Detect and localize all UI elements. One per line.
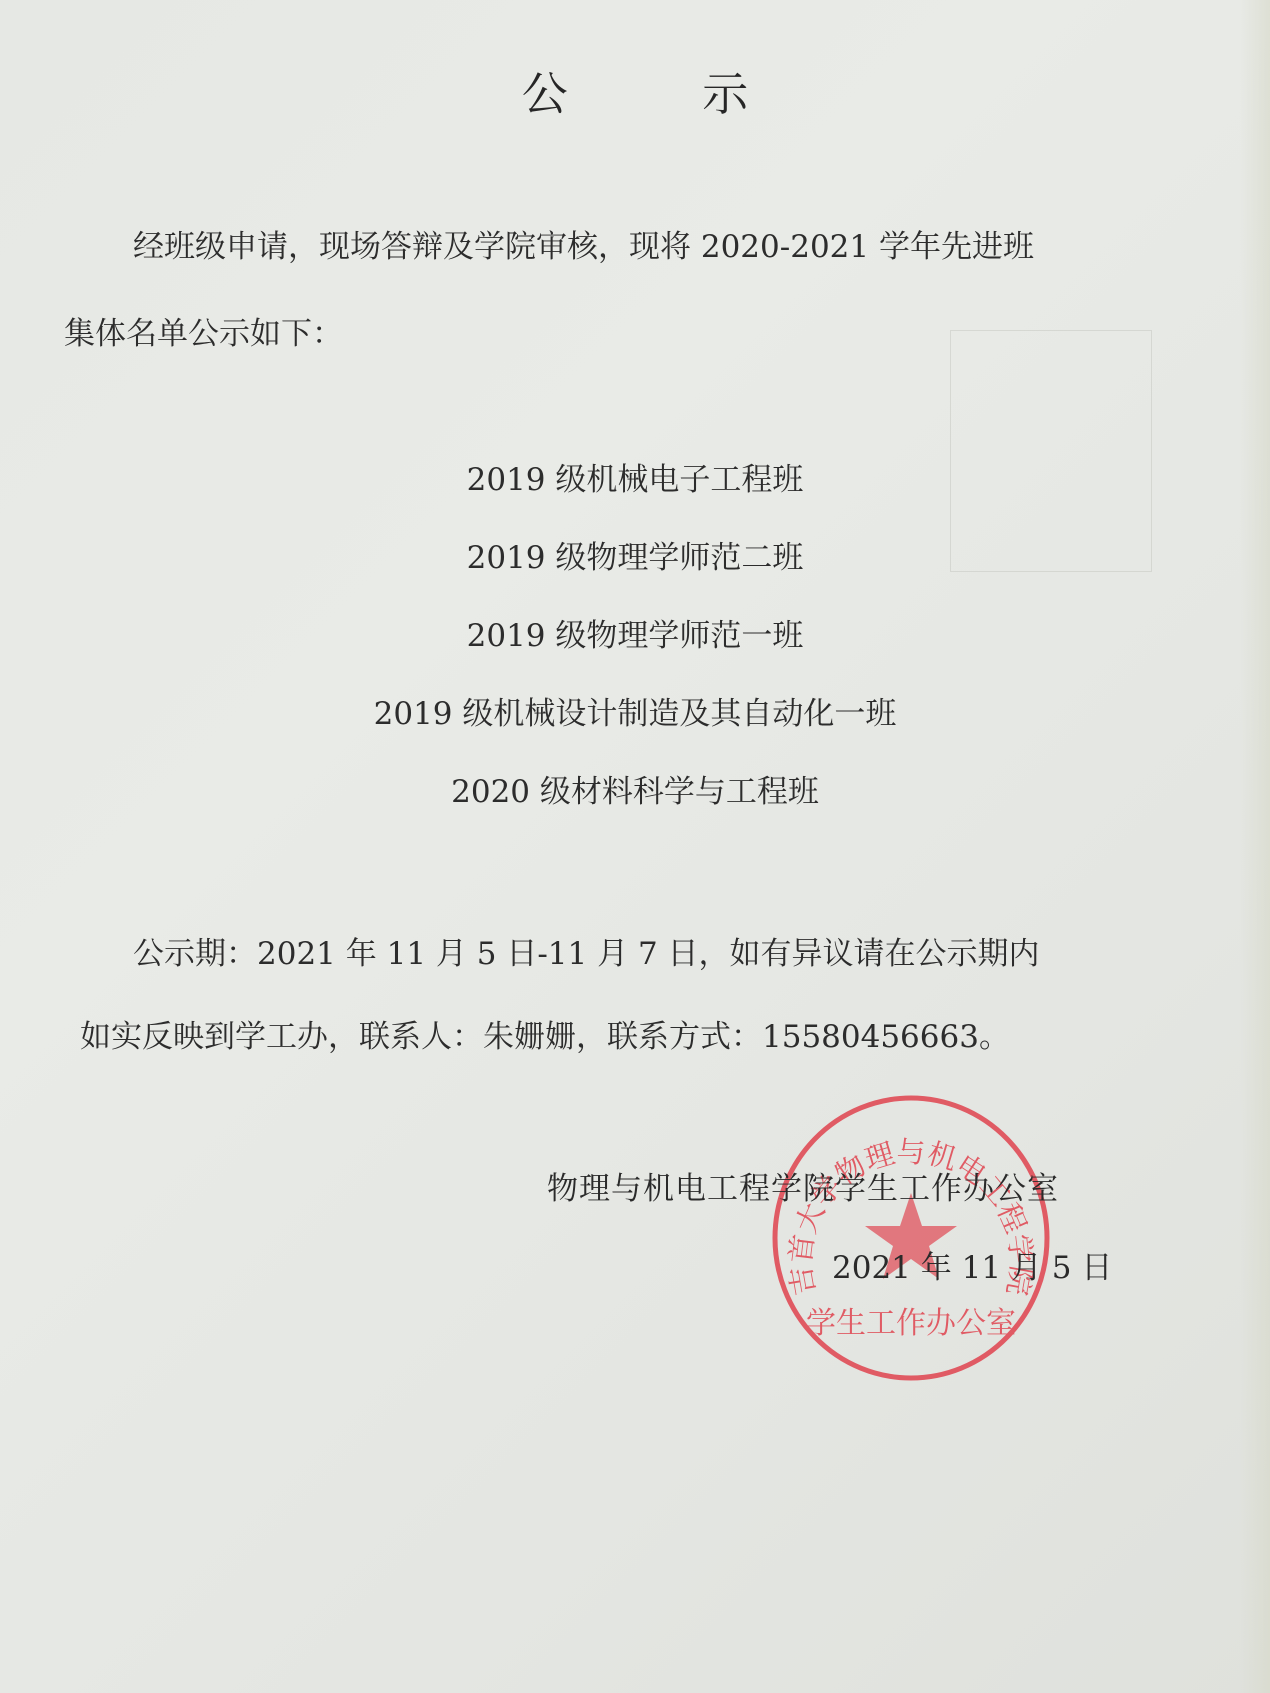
advanced-class-list: 2019 级机械电子工程班 2019 级物理学师范二班 2019 级物理学师范一… — [0, 465, 1270, 855]
document-title: 公 示 — [0, 58, 1270, 124]
class-item: 2020 级材料科学与工程班 — [0, 777, 1270, 855]
notice-line-2: 如实反映到学工办，联系人：朱姗姗，联系方式：15580456663。 — [80, 1022, 1010, 1053]
issuing-office: 物理与机电工程学院学生工作办公室 — [547, 1174, 1059, 1205]
notice-line-1: 公示期：2021 年 11 月 5 日-11 月 7 日，如有异议请在公示期内 — [133, 939, 1040, 970]
document-page: 公 示 经班级申请，现场答辩及学院审核，现将 2020-2021 学年先进班 集… — [0, 0, 1270, 1693]
class-item: 2019 级机械设计制造及其自动化一班 — [0, 699, 1270, 777]
class-item: 2019 级机械电子工程班 — [0, 465, 1270, 543]
official-seal: 吉首大学物理与机电工程学院 学生工作办公室 — [770, 1093, 1052, 1383]
intro-line-2: 集体名单公示如下： — [64, 319, 343, 350]
issue-date: 2021 年 11 月 5 日 — [832, 1253, 1112, 1284]
seal-center-text: 学生工作办公室 — [806, 1306, 1016, 1341]
intro-line-1: 经班级申请，现场答辩及学院审核，现将 2020-2021 学年先进班 — [133, 232, 1034, 263]
class-item: 2019 级物理学师范一班 — [0, 621, 1270, 699]
class-item: 2019 级物理学师范二班 — [0, 543, 1270, 621]
